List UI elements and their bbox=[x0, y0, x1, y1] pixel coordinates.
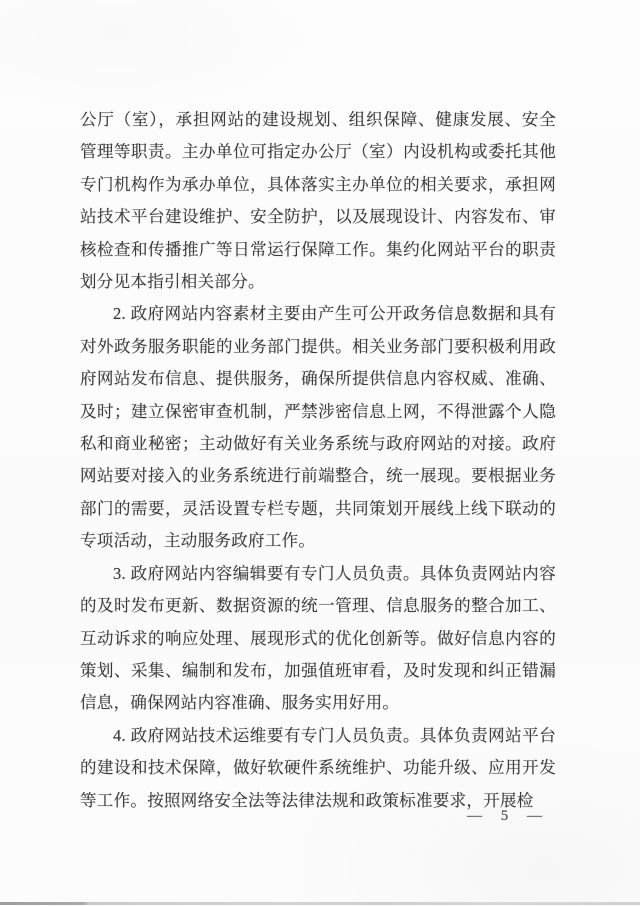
paragraph-item-2: 2. 政府网站内容素材主要由产生可公开政务信息数据和具有对外政务服务职能的业务部… bbox=[80, 298, 556, 557]
page-number: — 5 — bbox=[467, 805, 545, 827]
paragraph-continuation: 公厅（室），承担网站的建设规划、组织保障、健康发展、安全管理等职责。主办单位可指… bbox=[80, 104, 556, 298]
scan-edge-artifact bbox=[0, 902, 640, 905]
paragraph-item-4: 4. 政府网站技术运维要有专门人员负责。具体负责网站平台的建设和技术保障，做好软… bbox=[80, 720, 556, 817]
document-body: 公厅（室），承担网站的建设规划、组织保障、健康发展、安全管理等职责。主办单位可指… bbox=[80, 104, 556, 817]
document-page: 公厅（室），承担网站的建设规划、组织保障、健康发展、安全管理等职责。主办单位可指… bbox=[0, 0, 640, 906]
paragraph-item-3: 3. 政府网站内容编辑要有专门人员负责。具体负责网站内容的及时发布更新、数据资源… bbox=[80, 558, 556, 720]
